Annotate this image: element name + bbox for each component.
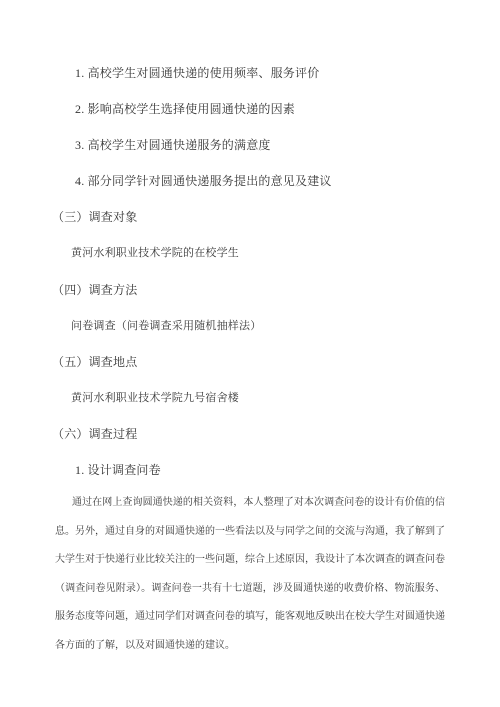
section-heading-survey-location: （五）调查地点: [52, 344, 445, 380]
subsection-heading-questionnaire-design: 1. 设计调查问卷: [75, 452, 445, 488]
scope-item-4: 4. 部分同学针对圆通快递服务提出的意见及建议: [75, 163, 445, 199]
section-heading-survey-method: （四）调查方法: [52, 272, 445, 308]
questionnaire-design-paragraph: 通过在网上查询圆通快递的相关资料，本人整理了对本次调查问卷的设计有价值的信息。另…: [55, 489, 445, 660]
document-page: 1. 高校学生对圆通快递的使用频率、服务评价 2. 影响高校学生选择使用圆通快递…: [0, 0, 500, 707]
scope-item-2: 2. 影响高校学生选择使用圆通快递的因素: [75, 91, 445, 127]
section-content-survey-method: 问卷调查（问卷调查采用随机抽样法）: [71, 308, 445, 344]
section-content-survey-location: 黄河水利职业技术学院九号宿舍楼: [71, 380, 445, 416]
scope-item-1: 1. 高校学生对圆通快递的使用频率、服务评价: [75, 55, 445, 91]
section-heading-survey-target: （三）调查对象: [52, 199, 445, 235]
scope-item-3: 3. 高校学生对圆通快递服务的满意度: [75, 127, 445, 163]
section-content-survey-target: 黄河水利职业技术学院的在校学生: [71, 235, 445, 271]
section-heading-survey-process: （六）调查过程: [52, 416, 445, 452]
